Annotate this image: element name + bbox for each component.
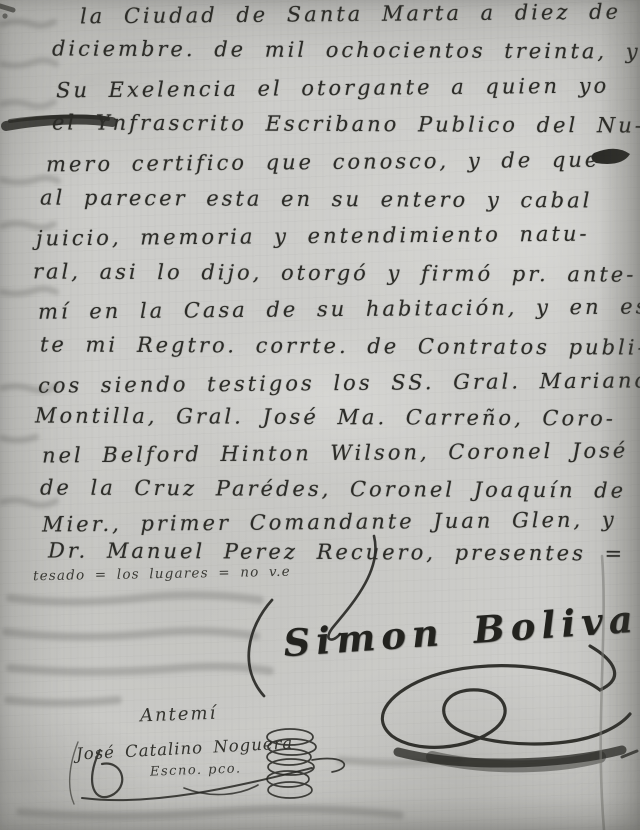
manuscript-line: Su Exelencia el otorgante a quien yo [56, 74, 609, 103]
photo-bottom-edge-shadow [0, 796, 640, 830]
manuscript-line: la Ciudad de Santa Marta a diez de [80, 0, 621, 28]
manuscript-line: de la Cruz Parédes, Coronel Joaquín de [40, 475, 626, 502]
open-parenthesis-flourish [249, 600, 272, 696]
manuscript-line: al parecer esta en su entero y cabal [40, 186, 592, 213]
manuscript-line: cos siendo testigos los SS. Gral. Marian… [38, 368, 640, 397]
manuscript-line: ral, asi lo dijo, otorgó y firmó pr. ant… [33, 259, 636, 286]
manuscript-line: Mier., primer Comandante Juan Glen, y [42, 507, 617, 536]
signature-rubric-flourish [382, 646, 637, 766]
manuscript-line: Dr. Manuel Perez Recuero, presentes = [48, 538, 625, 565]
bolivar-signature: Simon Bolivar [282, 595, 640, 665]
manuscript-line: mero certifico que conosco, y de que [46, 148, 601, 177]
attestation-ante-mi: Antemí [140, 703, 218, 727]
manuscript-photo: la Ciudad de Santa Marta a diez de dicie… [0, 0, 640, 830]
manuscript-line: Montilla, Gral. José Ma. Carreño, Coro- [35, 403, 616, 430]
manuscript-line: diciembre. de mil ochocientos treinta, y [52, 36, 640, 63]
marginal-note-testado: tesado = los lugares = no v.e [33, 564, 291, 584]
manuscript-line: nel Belford Hinton Wilson, Coronel José [42, 438, 628, 467]
edge-speck [0, 6, 13, 10]
manuscript-line: te mi Regtro. corrte. de Contratos publi… [40, 332, 640, 359]
manuscript-line: mí en la Casa de su habitación, y en es- [38, 294, 640, 323]
notary-title: Escno. pco. [150, 761, 242, 779]
vertical-crease-right [601, 556, 604, 830]
manuscript-line: juicio, memoria y entendimiento natu- [36, 222, 590, 251]
manuscript-line: el Ynfrascrito Escribano Publico del Nu- [52, 110, 640, 137]
notary-signature: José Catalino Noguera [76, 733, 294, 763]
